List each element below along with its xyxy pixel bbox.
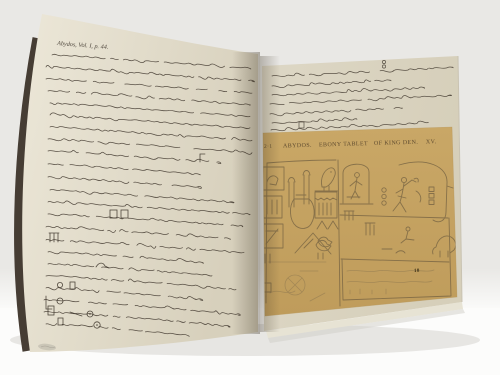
gutter-shadow-right	[260, 56, 280, 332]
gutter-shadow-left	[232, 52, 260, 334]
eye-glyph-dot	[96, 324, 98, 326]
plate-caption-site: ABYDOS.	[283, 143, 312, 150]
scene-canvas: Abydos, Vol. I, p. 44.	[0, 0, 500, 375]
falcon-eye	[330, 171, 331, 172]
plate-caption-subject: OF KING DEN.	[374, 140, 419, 147]
photo-of-open-notebook: Abydos, Vol. I, p. 44.	[0, 0, 500, 375]
figure-number: 18	[414, 269, 420, 274]
plate-number: XV.	[426, 139, 437, 145]
eye-glyph-dot	[89, 313, 91, 315]
